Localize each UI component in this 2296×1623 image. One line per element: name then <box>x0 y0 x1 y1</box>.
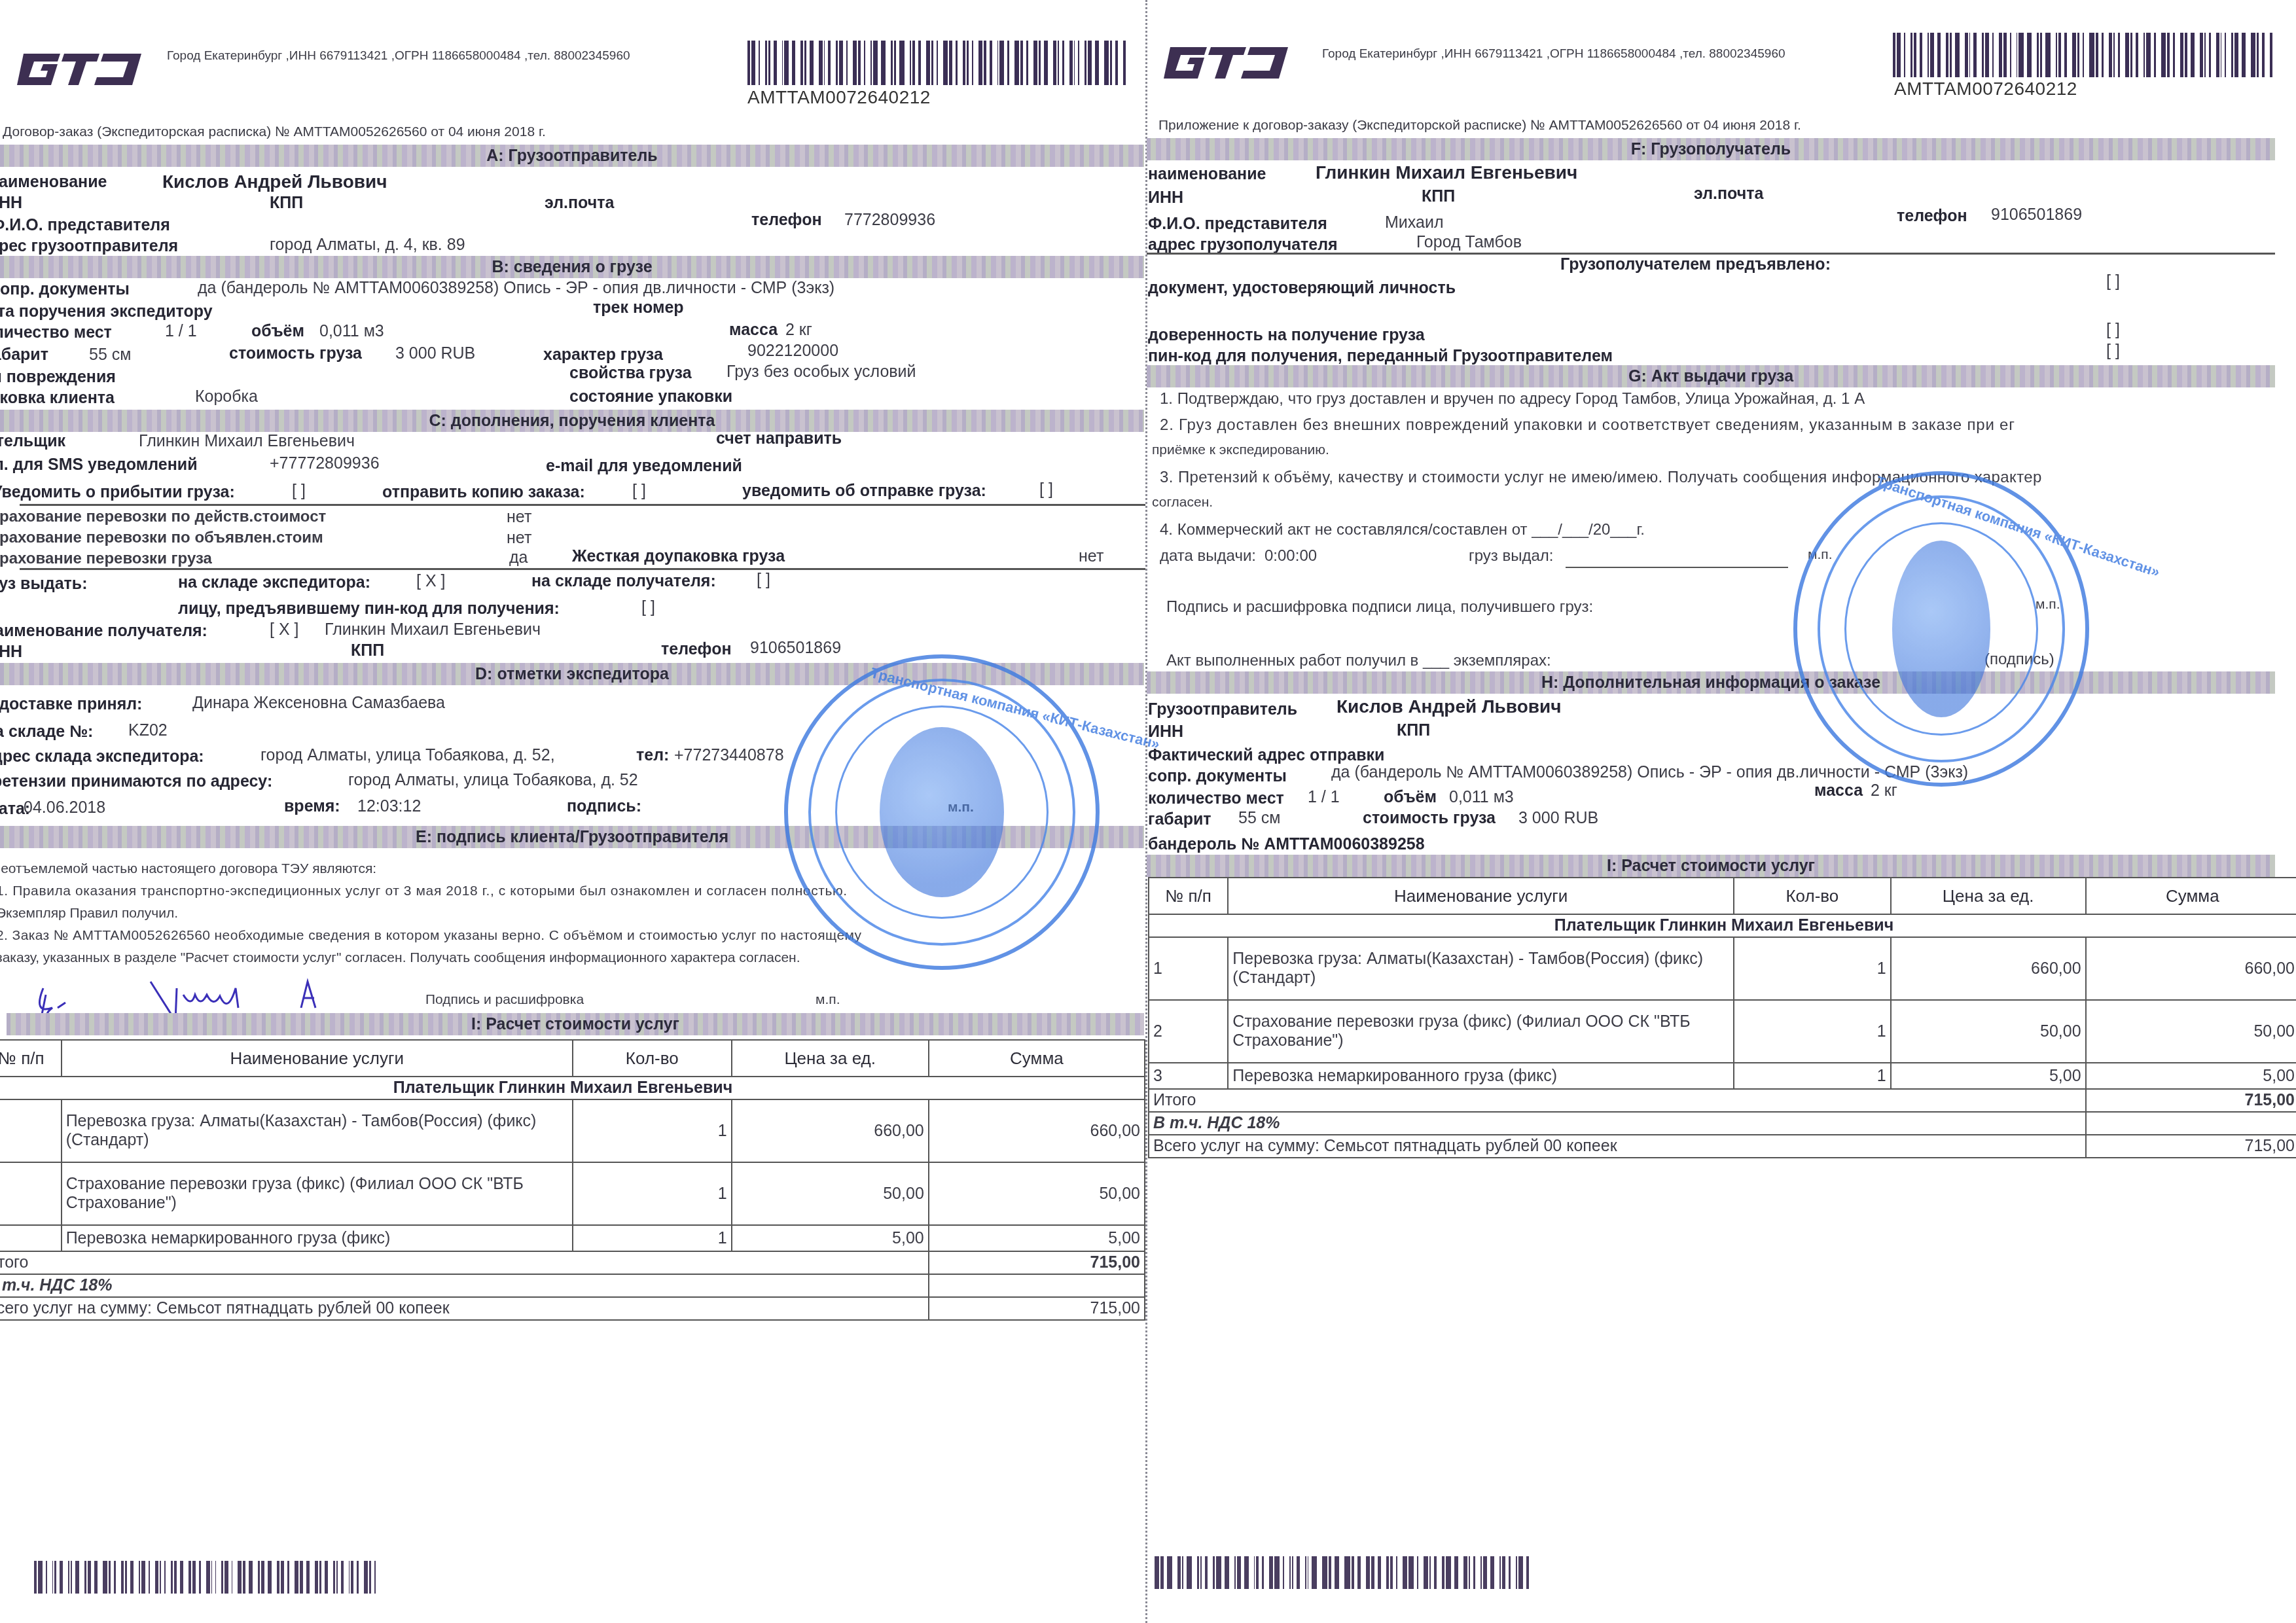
quantity: 1 <box>573 1099 732 1162</box>
vat-label: В т.ч. НДС 18% <box>0 1274 929 1297</box>
label: Плательщик <box>0 432 65 451</box>
row-number: 2 <box>1149 1000 1228 1063</box>
recipient-name: Глинкин Михаил Евгеньевич <box>325 620 541 639</box>
label: отправить копию заказа: <box>382 483 585 502</box>
sender-address: город Алматы, д. 4, кв. 89 <box>270 236 465 255</box>
label: Страхование перевозки по объявлен.стоим <box>0 529 323 547</box>
size-value: 55 см <box>1238 809 1280 828</box>
claims-address: город Алматы, улица Тобаякова, д. 52 <box>348 771 638 790</box>
at-recipient-checkbox[interactable]: [ ] <box>757 571 770 590</box>
notify-dispatch-checkbox[interactable]: [ ] <box>1039 480 1053 499</box>
barcode-icon <box>747 41 1127 85</box>
amount: 5,00 <box>929 1225 1145 1251</box>
at-forwarder-checkbox[interactable]: [ X ] <box>416 572 445 591</box>
amount: 50,00 <box>2086 1000 2296 1063</box>
grand-total-value: 715,00 <box>2086 1135 2296 1158</box>
service-name: Перевозка груза: Алматы(Казахстан) - Там… <box>1228 937 1734 1000</box>
label: дата выдачи: <box>1160 547 1256 565</box>
label: адрес грузополучателя <box>1148 236 1338 255</box>
total-value: 715,00 <box>2086 1089 2296 1112</box>
label: КПП <box>1397 721 1430 740</box>
volume-value: 0,011 м3 <box>319 322 384 341</box>
amount: 50,00 <box>929 1162 1145 1225</box>
quantity: 1 <box>1734 1063 1891 1089</box>
act-item-3b: согласен. <box>1152 495 1213 510</box>
barcode-icon <box>34 1561 381 1594</box>
company-stamp-icon: Транспортная компания «КИТ-Казахстан» <box>784 654 1100 970</box>
label: время: <box>284 797 340 816</box>
section-i-header: I: Расчет стоимости услуг <box>7 1013 1144 1035</box>
payer-value: Глинкин Михаил Евгеньевич <box>139 432 355 451</box>
label: телефон <box>751 211 822 230</box>
label: состояние упаковки <box>569 387 732 406</box>
label: груз выдал: <box>1469 547 1554 565</box>
label: лицу, предъявившему пин-код для получени… <box>178 599 560 618</box>
nature-value: 9022120000 <box>747 342 838 361</box>
row-number: 2 <box>0 1162 62 1225</box>
act-item-1: 1. Подтверждаю, что груз доставлен и вру… <box>1160 390 1865 408</box>
terms-intro: Неотъемлемой частью настоящего договора … <box>0 861 376 877</box>
unit-price: 50,00 <box>1891 1000 2086 1063</box>
recipient-name: Глинкин Михаил Евгеньевич <box>1316 162 1577 183</box>
document-title: Договор-заказ (Экспедиторская расписка) … <box>3 124 546 140</box>
terms-item-2b: заказу, указанных в разделе "Расчет стои… <box>0 950 800 966</box>
docs-value: да (бандероль № AMTTAM0060389258) Опись … <box>198 279 834 298</box>
parcel-number: бандероль № AMTTAM0060389258 <box>1148 835 1425 854</box>
label: трек номер <box>593 298 684 317</box>
label: Страхование перевозки по действ.стоимост <box>0 508 326 526</box>
label: Тел. для SMS уведомлений <box>0 455 198 474</box>
divider <box>20 504 1145 506</box>
issued-by-line <box>1566 567 1788 568</box>
section-f-header: F: Грузополучатель <box>1147 138 2275 160</box>
label: телефон <box>1897 207 1967 226</box>
table-row: 3 Перевозка немаркированного груза (фикс… <box>0 1225 1145 1251</box>
sender-name: Кислов Андрей Львович <box>162 171 387 192</box>
unit-price: 660,00 <box>732 1099 929 1162</box>
label: Уведомить о прибытии груза: <box>0 483 235 502</box>
label: Ф.И.О. представителя <box>0 216 170 235</box>
pin-checkbox[interactable]: [ ] <box>641 598 655 617</box>
barcode-icon <box>1155 1556 1534 1589</box>
terms-item-2: 2. Заказ № AMTTAM0052626560 необходимые … <box>0 928 861 944</box>
column-header: Наименование услуги <box>1228 878 1734 914</box>
payer-row: Плательщик Глинкин Михаил Евгеньевич <box>1149 914 2296 937</box>
accepted-by: Динара Жексеновна Самазбаева <box>192 694 445 713</box>
unit-price: 5,00 <box>732 1225 929 1251</box>
label: КПП <box>270 194 303 213</box>
label: пин-код для получения, переданный Грузоо… <box>1148 347 1613 366</box>
label: Ф.И.О. представителя <box>1148 215 1327 234</box>
amount: 660,00 <box>929 1099 1145 1162</box>
barcode-number: AMTTAM0072640212 <box>747 87 931 108</box>
table-row: 1 Перевозка груза: Алматы(Казахстан) - Т… <box>1149 937 2296 1000</box>
barcode-number: AMTTAM0072640212 <box>1894 79 2077 99</box>
label: тел: <box>636 746 669 765</box>
issue-date: 0:00:00 <box>1265 547 1317 565</box>
mass-value: 2 кг <box>785 321 812 340</box>
warehouse-address: город Алматы, улица Тобаякова, д. 52, <box>260 746 555 765</box>
column-header: № п/п <box>1149 878 1228 914</box>
warehouse-phone: +77273440878 <box>674 746 784 765</box>
label: ИНН <box>0 643 22 662</box>
services-table: № п/пНаименование услугиКол-воЦена за ед… <box>0 1039 1145 1321</box>
send-copy-checkbox[interactable]: [ ] <box>632 482 646 501</box>
terms-item-1: 1. Правила оказания транспортно-экспедиц… <box>0 883 848 899</box>
cost-value: 3 000 RUB <box>395 344 475 363</box>
unit-price: 660,00 <box>1891 937 2086 1000</box>
payer-row: Плательщик Глинкин Михаил Евгеньевич <box>0 1077 1145 1099</box>
label: Дата поручения экспедитору <box>0 302 213 321</box>
label: Тип повреждения <box>0 368 116 387</box>
warehouse-number: KZ02 <box>128 721 168 740</box>
size-value: 55 см <box>89 346 131 365</box>
service-name: Страхование перевозки груза (фикс) (Фили… <box>62 1162 573 1225</box>
presented-header: Грузополучателем предъявлено: <box>1560 255 1831 274</box>
row-number: 3 <box>1149 1063 1228 1089</box>
pack-value: Коробка <box>195 387 258 406</box>
props-value: Груз без особых условий <box>726 363 916 382</box>
column-header: Цена за ед. <box>1891 878 2086 914</box>
label: уведомить об отправке груза: <box>742 482 986 501</box>
label: Сопр. документы <box>0 280 130 299</box>
pin-checkbox[interactable]: [ ] <box>2106 342 2120 361</box>
label: Акт выполненных работ получил в ___ экзе… <box>1166 652 1551 670</box>
label: количество мест <box>1148 789 1284 808</box>
gtd-logo-icon <box>1161 45 1292 81</box>
unit-price: 5,00 <box>1891 1063 2086 1089</box>
section-i-header: I: Расчет стоимости услуг <box>1147 855 2275 877</box>
quantity: 1 <box>1734 1000 1891 1063</box>
act-item-2b: приёмке к экспедированию. <box>1152 442 1329 458</box>
row-number: 3 <box>0 1225 62 1251</box>
grand-total-label: Всего услуг на сумму: Семьсот пятнадцать… <box>1149 1135 2086 1158</box>
divider <box>20 568 1145 570</box>
stamp-place-label: м.п. <box>816 992 840 1008</box>
label: Наименование <box>0 173 107 192</box>
cost-value: 3 000 RUB <box>1518 809 1598 828</box>
poa-checkbox[interactable]: [ ] <box>2106 321 2120 340</box>
label: КПП <box>1422 187 1455 206</box>
quantity: 1 <box>1734 937 1891 1000</box>
services-table: № п/пНаименование услугиКол-воЦена за ед… <box>1148 877 2296 1158</box>
gtd-logo-icon <box>14 51 145 88</box>
label: e-mail для уведомлений <box>546 457 742 476</box>
column-header: Наименование услуги <box>62 1040 573 1077</box>
label: телефон <box>661 640 732 659</box>
quantity: 1 <box>573 1162 732 1225</box>
label: объём <box>1384 788 1437 807</box>
label: Подпись и расшифровка подписи лица, полу… <box>1166 598 1593 616</box>
label: Претензии принимаются по адресу: <box>0 772 272 791</box>
column-header: № п/п <box>0 1040 62 1077</box>
table-row: 2 Страхование перевозки груза (фикс) (Фи… <box>0 1162 1145 1225</box>
label: габарит <box>1148 810 1211 829</box>
label: Адрес склада экспедитора: <box>0 747 204 766</box>
label: свойства груза <box>569 364 692 383</box>
label: Жесткая доупаковка груза <box>572 547 785 566</box>
label: эл.почта <box>545 194 614 213</box>
section-b-header: B: сведения о грузе <box>0 256 1144 278</box>
label: ИНН <box>0 194 22 213</box>
label: сопр. документы <box>1148 767 1287 786</box>
barcode-icon <box>1893 33 2274 77</box>
amount: 660,00 <box>2086 937 2296 1000</box>
section-g-header: G: Акт выдачи груза <box>1147 365 2275 387</box>
section-c-header: C: дополнения, поручения клиента <box>0 410 1144 432</box>
places-value: 1 / 1 <box>165 322 197 341</box>
sender-phone: 7772809936 <box>844 211 935 230</box>
recipient-address: Город Тамбов <box>1416 233 1522 252</box>
label: документ, удостоверяющий личность <box>1148 279 1456 298</box>
divider <box>1147 253 2275 255</box>
grand-total-value: 715,00 <box>929 1297 1145 1320</box>
service-name: Перевозка немаркированного груза (фикс) <box>1228 1063 1734 1089</box>
grand-total-label: Всего услуг на сумму: Семьсот пятнадцать… <box>0 1297 929 1320</box>
recipient-phone: 9106501869 <box>1991 205 2082 224</box>
company-header-line: Город Екатеринбург ,ИНН 6679113421 ,ОГРН… <box>1322 47 1785 62</box>
label: на складе получателя: <box>531 572 716 591</box>
label: доверенность на получение груза <box>1148 326 1425 345</box>
time-value: 12:03:12 <box>357 797 421 816</box>
mass-value: 2 кг <box>1871 781 1897 800</box>
company-stamp-icon: Транспортная компания «КИТ-Казахстан» <box>1793 471 2089 787</box>
label: Габарит <box>0 346 48 365</box>
label: Фактический адрес отправки <box>1148 746 1384 765</box>
ins-cargo-value: да <box>509 548 528 567</box>
label: характер груза <box>543 346 663 365</box>
appendix-page: Город Екатеринбург ,ИНН 6679113421 ,ОГРН… <box>1147 0 2296 1623</box>
label: наименование <box>1148 165 1266 184</box>
label: Груз выдать: <box>0 575 88 594</box>
service-name: Перевозка немаркированного груза (фикс) <box>62 1225 573 1251</box>
section-a-header: A: Грузоотправитель <box>0 145 1144 167</box>
label: объём <box>251 322 304 341</box>
label: Наименование получателя: <box>0 622 207 641</box>
act-item-4: 4. Коммерческий акт не составлялся/соста… <box>1160 521 1645 539</box>
unit-price: 50,00 <box>732 1162 929 1225</box>
total-label: Итого <box>1149 1089 2086 1112</box>
total-value: 715,00 <box>929 1251 1145 1274</box>
ins-declared-value: нет <box>507 529 531 548</box>
label: стоимость груза <box>1363 809 1496 828</box>
label: К доставке принял: <box>0 695 142 714</box>
row-number: 1 <box>1149 937 1228 1000</box>
id-doc-checkbox[interactable]: [ ] <box>2106 272 2120 291</box>
table-row: 1 Перевозка груза: Алматы(Казахстан) - Т… <box>0 1099 1145 1162</box>
notify-arrival-checkbox[interactable]: [ ] <box>292 482 306 501</box>
signature-caption: Подпись и расшифровка <box>425 992 584 1008</box>
label: Страхование перевозки груза <box>0 550 212 568</box>
label: Адрес грузоотправителя <box>0 237 178 256</box>
column-header: Сумма <box>929 1040 1145 1077</box>
label: Количество мест <box>0 323 112 342</box>
service-name: Страхование перевозки груза (фикс) (Фили… <box>1228 1000 1734 1063</box>
label: Грузоотправитель <box>1148 700 1297 719</box>
table-row: 3 Перевозка немаркированного груза (фикс… <box>1149 1063 2296 1089</box>
total-label: Итого <box>0 1251 929 1274</box>
rigid-value: нет <box>1079 547 1103 566</box>
label: масса <box>729 321 778 340</box>
column-header: Кол-во <box>1734 878 1891 914</box>
column-header: Цена за ед. <box>732 1040 929 1077</box>
ins-actual-value: нет <box>507 508 531 527</box>
label: счет направить <box>716 429 842 448</box>
vat-label: В т.ч. НДС 18% <box>1149 1112 2086 1135</box>
volume-value: 0,011 м3 <box>1449 788 1514 807</box>
label: масса <box>1814 781 1863 800</box>
label: стоимость груза <box>229 344 362 363</box>
label: ИНН <box>1148 188 1183 207</box>
places-value: 1 / 1 <box>1308 788 1340 807</box>
label: КПП <box>351 641 384 660</box>
column-header: Кол-во <box>573 1040 732 1077</box>
amount: 5,00 <box>2086 1063 2296 1089</box>
company-header-line: Город Екатеринбург ,ИНН 6679113421 ,ОГРН… <box>167 49 630 63</box>
sms-value: +77772809936 <box>270 454 380 473</box>
appendix-title: Приложение к договор-заказу (Экспедиторс… <box>1158 118 1801 134</box>
label: Упаковка клиента <box>0 389 115 408</box>
terms-item-1b: Экземпляр Правил получил. <box>0 906 178 921</box>
date-value: 04.06.2018 <box>24 798 105 817</box>
section-h-header: H: Дополнительная информация о заказе <box>1147 671 2275 694</box>
label: На складе №: <box>0 722 93 741</box>
service-name: Перевозка груза: Алматы(Казахстан) - Там… <box>62 1099 573 1162</box>
quantity: 1 <box>573 1225 732 1251</box>
sender-name: Кислов Андрей Львович <box>1336 696 1561 717</box>
column-header: Сумма <box>2086 878 2296 914</box>
label: на складе экспедитора: <box>178 573 370 592</box>
recipient-name-checkbox[interactable]: [ X ] <box>270 620 298 639</box>
row-number: 1 <box>0 1099 62 1162</box>
recipient-phone: 9106501869 <box>750 639 841 658</box>
table-row: 2 Страхование перевозки груза (фикс) (Фи… <box>1149 1000 2296 1063</box>
label: эл.почта <box>1694 185 1763 204</box>
label: подпись: <box>567 797 641 816</box>
act-item-2: 2. Груз доставлен без внешних повреждени… <box>1160 416 2015 435</box>
rep-value: Михаил <box>1385 213 1443 232</box>
